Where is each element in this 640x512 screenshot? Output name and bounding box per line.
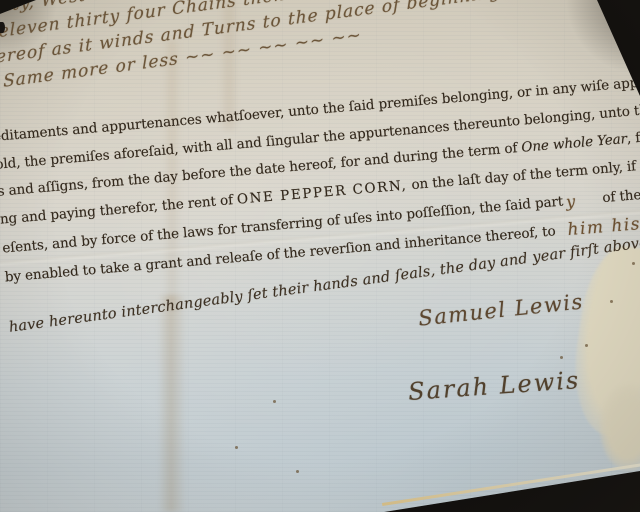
photo-frame: enty, West to the nu eleven thirty four …	[0, 0, 640, 512]
ink-speck	[235, 446, 238, 449]
ink-speck	[273, 400, 276, 403]
ink-speck	[560, 356, 563, 359]
ink-speck	[632, 262, 635, 265]
printed-italic-fragment: One whole Year	[521, 131, 628, 156]
paper-edge-notch	[0, 22, 5, 33]
ink-speck	[585, 344, 588, 347]
signature-samuel-lewis: Samuel Lewis	[417, 289, 585, 330]
handwritten-insertion: y	[565, 191, 577, 211]
handwritten-insertion: him his	[567, 214, 640, 240]
wax-seal-remnant-lower	[600, 385, 640, 470]
printed-fragment: of the ſecond	[602, 183, 640, 206]
ink-speck	[610, 300, 613, 303]
paper-edge-highlight	[382, 462, 640, 506]
wax-seal-remnant	[565, 241, 640, 440]
printed-fragment: , from	[626, 128, 640, 147]
ink-speck	[296, 470, 299, 473]
signature-sarah-lewis: Sarah Lewis	[407, 366, 581, 406]
document-paper: enty, West to the nu eleven thirty four …	[0, 0, 640, 512]
stain-vertical-lower	[158, 295, 186, 512]
